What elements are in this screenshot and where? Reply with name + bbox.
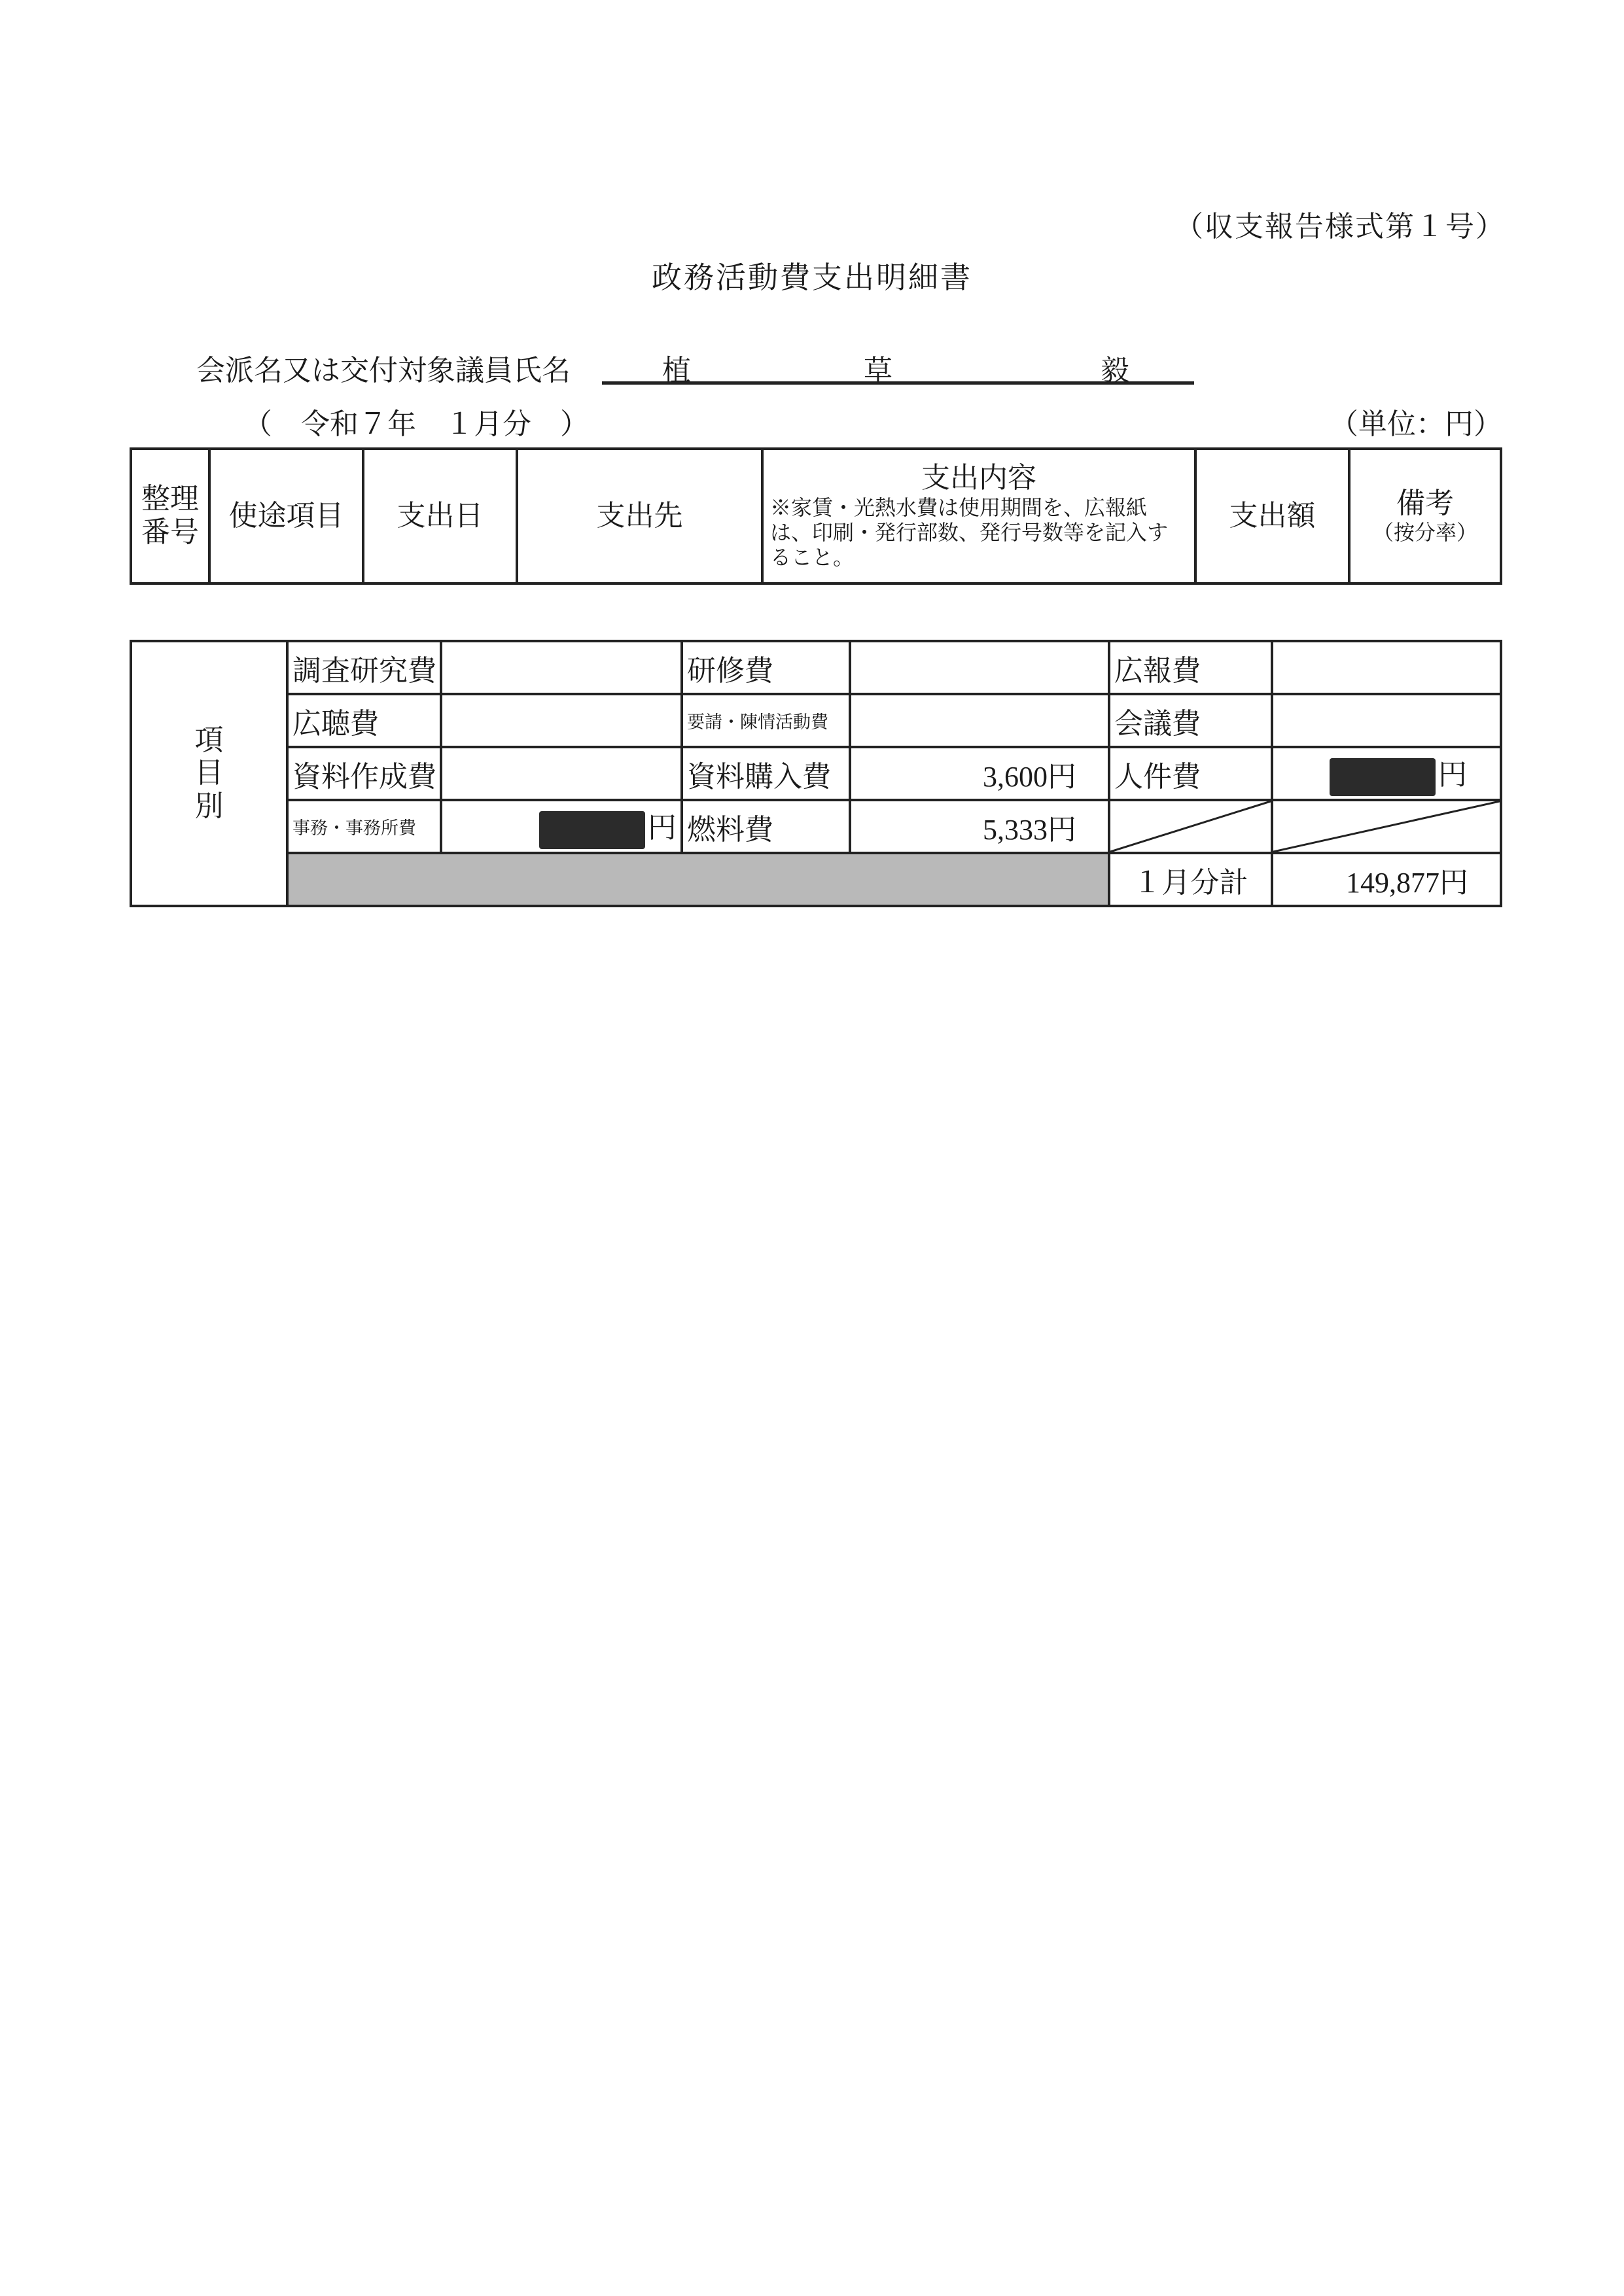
form-number: （収支報告様式第１号） — [1174, 203, 1506, 245]
item-amount: 3,600円 — [850, 747, 1109, 800]
member-label: 会派名又は交付対象議員氏名 — [196, 347, 571, 389]
header-remarks-sub: （按分率） — [1350, 521, 1500, 545]
item-label: 会議費 — [1109, 694, 1272, 747]
item-label: 資料作成費 — [287, 747, 441, 800]
item-amount — [441, 694, 682, 747]
header-expense-details-note: ※家賃・光熱水費は使用期間を、広報紙は、印刷・発行部数、発行号数等を記入すること… — [764, 495, 1194, 570]
empty-diagonal-cell — [1272, 800, 1501, 853]
item-label: 広報費 — [1109, 641, 1272, 694]
item-label: 広聴費 — [287, 694, 441, 747]
header-expense-details-label: 支出内容 — [764, 462, 1194, 495]
document-title: 政務活動費支出明細書 — [0, 254, 1624, 297]
item-amount-redacted: 円 — [1272, 747, 1501, 800]
unit-label: （単位：円） — [1330, 400, 1502, 442]
summary-by-item-table: 項 目 別 調査研究費 研修費 広報費 広聴費 要請・陳情活動費 会議費 資料作… — [130, 640, 1502, 907]
header-expense-amount: 支出額 — [1195, 449, 1349, 583]
monthly-total-label: １月分計 — [1109, 853, 1272, 906]
header-usage-item: 使途項目 — [209, 449, 363, 583]
redaction-block — [539, 811, 645, 849]
header-expense-details: 支出内容 ※家賃・光熱水費は使用期間を、広報紙は、印刷・発行部数、発行号数等を記… — [762, 449, 1195, 583]
table-row: 広聴費 要請・陳情活動費 会議費 — [131, 694, 1501, 747]
header-reference-number: 整理 番号 — [131, 449, 209, 583]
table-row: 項 目 別 調査研究費 研修費 広報費 — [131, 641, 1501, 694]
item-label: 事務・事務所費 — [287, 800, 441, 853]
item-amount — [441, 641, 682, 694]
item-label: 燃料費 — [682, 800, 850, 853]
item-amount — [850, 694, 1109, 747]
table-row: 資料作成費 資料購入費 3,600円 人件費 円 — [131, 747, 1501, 800]
monthly-total-amount: 149,877円 — [1272, 853, 1501, 906]
table-row: １月分計 149,877円 — [131, 853, 1501, 906]
item-label: 研修費 — [682, 641, 850, 694]
item-amount — [850, 641, 1109, 694]
header-remarks: 備考 （按分率） — [1349, 449, 1501, 583]
item-amount — [1272, 694, 1501, 747]
summary-side-label: 項 目 別 — [131, 641, 287, 906]
redaction-block — [1330, 758, 1436, 796]
table-row: 事務・事務所費 円 燃料費 5,333円 — [131, 800, 1501, 853]
item-amount: 5,333円 — [850, 800, 1109, 853]
item-label: 調査研究費 — [287, 641, 441, 694]
item-amount — [1272, 641, 1501, 694]
item-label: 人件費 — [1109, 747, 1272, 800]
item-amount — [441, 747, 682, 800]
shaded-cell — [287, 853, 1109, 906]
header-payee: 支出先 — [517, 449, 762, 583]
empty-diagonal-cell — [1109, 800, 1272, 853]
detail-header-table: 整理 番号 使途項目 支出日 支出先 支出内容 ※家賃・光熱水費は使用期間を、広… — [130, 447, 1502, 585]
header-expense-date: 支出日 — [363, 449, 517, 583]
member-name-underline — [602, 381, 1194, 385]
item-label: 資料購入費 — [682, 747, 850, 800]
item-amount-redacted: 円 — [441, 800, 682, 853]
item-label: 要請・陳情活動費 — [682, 694, 850, 747]
reporting-period: （ 令和７年 １月分 ） — [243, 400, 589, 442]
header-remarks-label: 備考 — [1350, 487, 1500, 521]
